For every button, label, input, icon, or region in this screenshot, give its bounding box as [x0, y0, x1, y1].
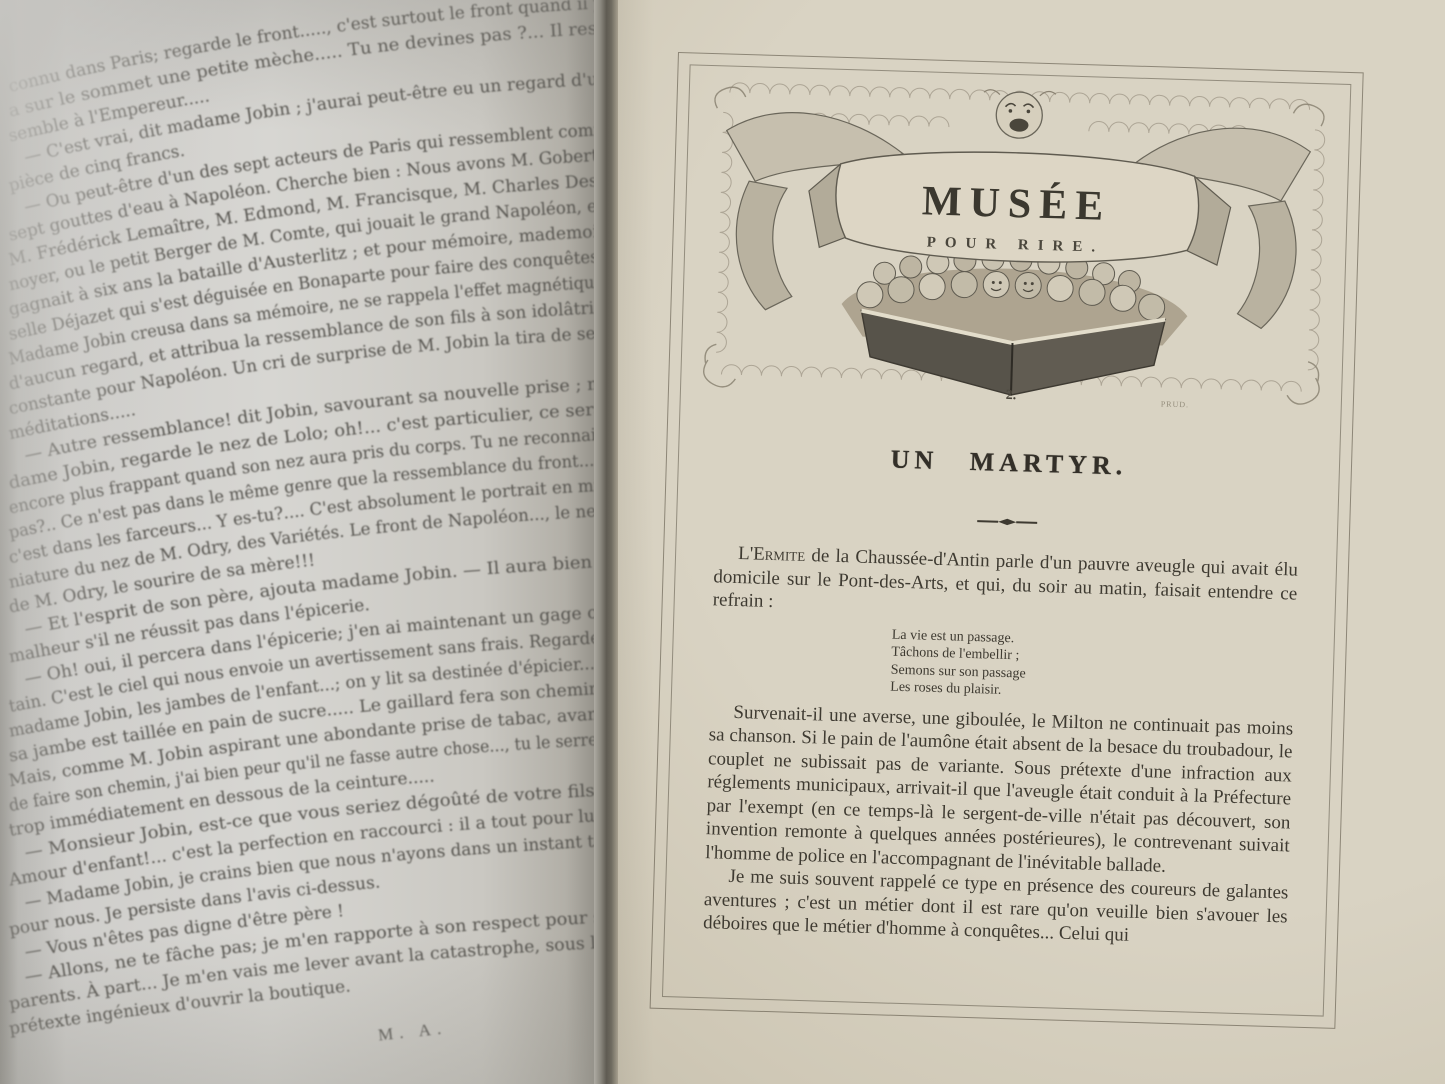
laughing-mask-icon — [983, 90, 1056, 140]
paragraph-2: Survenait-il une averse, une giboulée, l… — [705, 700, 1294, 882]
lead-smallcaps: L'Ermite — [738, 543, 806, 566]
plate-number: 2. — [1005, 388, 1016, 403]
engraving-vignette: MUSÉE POUR RIRE. 2. PRUD. — [691, 68, 1341, 417]
page-border-frame: MUSÉE POUR RIRE. 2. PRUD. UN MARTYR. L'E… — [650, 52, 1364, 1029]
refrain-verse: La vie est un passage. Tâchons de l'embe… — [890, 626, 1296, 708]
engraving-title: MUSÉE — [921, 177, 1112, 230]
right-book-page: MUSÉE POUR RIRE. 2. PRUD. UN MARTYR. L'E… — [612, 0, 1445, 1084]
book-gutter-shadow — [594, 0, 618, 1084]
engraver-mark: PRUD. — [1161, 399, 1190, 409]
filigree-chain — [1308, 130, 1325, 370]
divider-ornament-icon — [975, 515, 1039, 529]
article-body: L'Ermite de la Chaussée-d'Antin parle d'… — [677, 541, 1324, 953]
left-book-page: connu dans Paris; regarde le front.....,… — [0, 0, 602, 1084]
filigree-chain — [716, 112, 733, 352]
left-page-text: connu dans Paris; regarde le front.....,… — [0, 0, 602, 1084]
header-engraving: MUSÉE POUR RIRE. 2. PRUD. — [691, 68, 1341, 417]
